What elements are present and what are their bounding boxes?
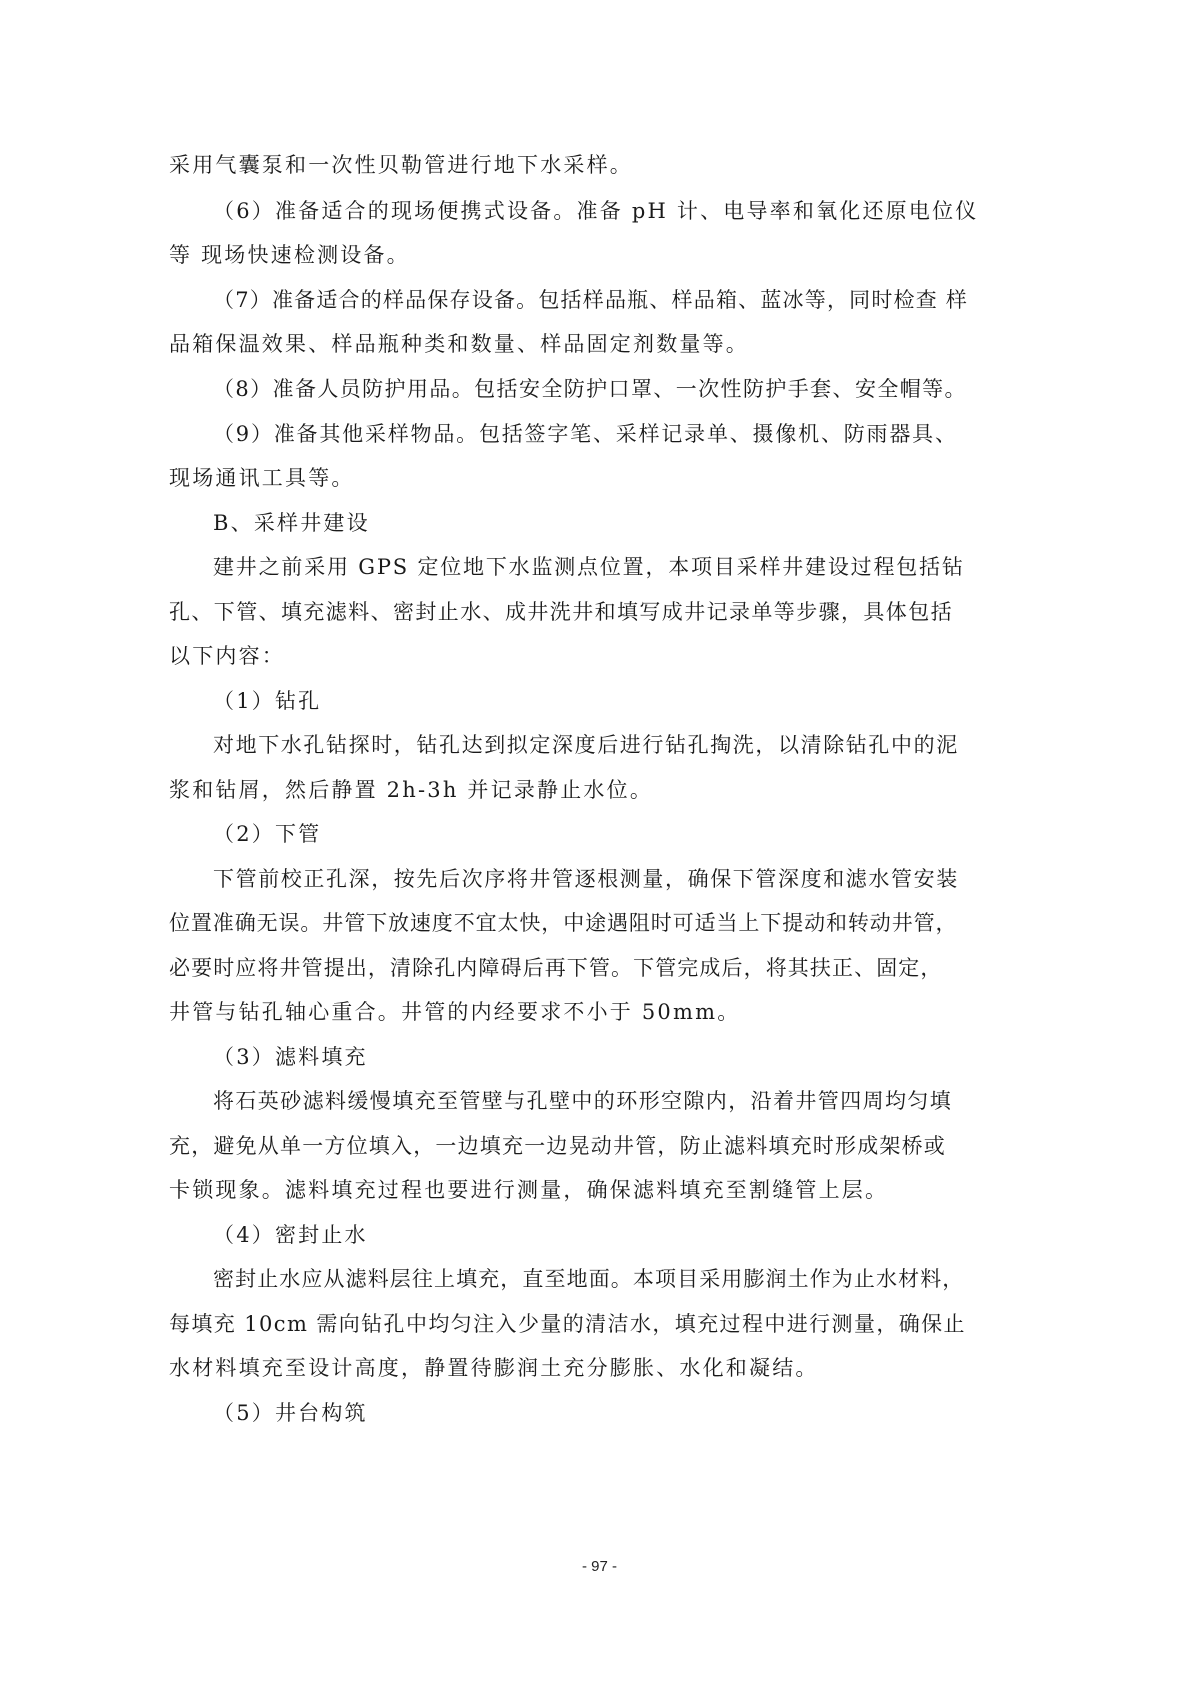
subheading-pipe-installation: （2）下管 xyxy=(213,819,993,849)
section-heading-b: B、采样井建设 xyxy=(213,508,993,538)
paragraph-line: 必要时应将井管提出，清除孔内障碍后再下管。下管完成后，将其扶正、固定， xyxy=(169,953,949,983)
subheading-well-platform: （5）井台构筑 xyxy=(213,1398,993,1428)
paragraph-line: 等 现场快速检测设备。 xyxy=(169,240,949,270)
subheading-filter-packing: （3）滤料填充 xyxy=(213,1042,993,1072)
subheading-drilling: （1）钻孔 xyxy=(213,686,993,716)
paragraph-line: 建井之前采用 GPS 定位地下水监测点位置，本项目采样井建设过程包括钻 xyxy=(213,552,993,582)
paragraph-line: 充，避免从单一方位填入，一边填充一边晃动井管，防止滤料填充时形成架桥或 xyxy=(169,1131,949,1161)
paragraph-line: 以下内容： xyxy=(169,641,949,671)
paragraph-line: 采用气囊泵和一次性贝勒管进行地下水采样。 xyxy=(169,150,949,180)
paragraph-line: 现场通讯工具等。 xyxy=(169,463,949,493)
list-item-8: （8）准备人员防护用品。包括安全防护口罩、一次性防护手套、安全帽等。 xyxy=(213,374,993,404)
paragraph-line: 孔、下管、填充滤料、密封止水、成井洗井和填写成井记录单等步骤，具体包括 xyxy=(169,597,949,627)
paragraph-line: 对地下水孔钻探时，钻孔达到拟定深度后进行钻孔掏洗，以清除钻孔中的泥 xyxy=(213,730,993,760)
paragraph-line: 位置准确无误。井管下放速度不宜太快，中途遇阻时可适当上下提动和转动井管， xyxy=(169,908,949,938)
list-item-6: （6）准备适合的现场便携式设备。准备 pH 计、电导率和氧化还原电位仪 xyxy=(213,196,993,226)
subheading-sealing: （4）密封止水 xyxy=(213,1220,993,1250)
paragraph-line: 水材料填充至设计高度，静置待膨润土充分膨胀、水化和凝结。 xyxy=(169,1353,949,1383)
paragraph-line: 品箱保温效果、样品瓶种类和数量、样品固定剂数量等。 xyxy=(169,329,949,359)
paragraph-line: 井管与钻孔轴心重合。井管的内经要求不小于 50mm。 xyxy=(169,997,949,1027)
paragraph-line: 卡锁现象。滤料填充过程也要进行测量，确保滤料填充至割缝管上层。 xyxy=(169,1175,949,1205)
paragraph-line: 下管前校正孔深，按先后次序将井管逐根测量，确保下管深度和滤水管安装 xyxy=(213,864,993,894)
page-number: - 97 - xyxy=(0,1558,1199,1575)
list-item-9: （9）准备其他采样物品。包括签字笔、采样记录单、摄像机、防雨器具、 xyxy=(213,419,993,449)
paragraph-line: 密封止水应从滤料层往上填充，直至地面。本项目采用膨润土作为止水材料， xyxy=(213,1264,993,1294)
list-item-7: （7）准备适合的样品保存设备。包括样品瓶、样品箱、蓝冰等，同时检查 样 xyxy=(213,285,993,315)
paragraph-line: 每填充 10cm 需向钻孔中均匀注入少量的清洁水，填充过程中进行测量，确保止 xyxy=(169,1309,949,1339)
paragraph-line: 浆和钻屑，然后静置 2h-3h 并记录静止水位。 xyxy=(169,775,949,805)
document-page: 采用气囊泵和一次性贝勒管进行地下水采样。 （6）准备适合的现场便携式设备。准备 … xyxy=(0,0,1199,1696)
paragraph-line: 将石英砂滤料缓慢填充至管壁与孔壁中的环形空隙内，沿着井管四周均匀填 xyxy=(213,1086,993,1116)
